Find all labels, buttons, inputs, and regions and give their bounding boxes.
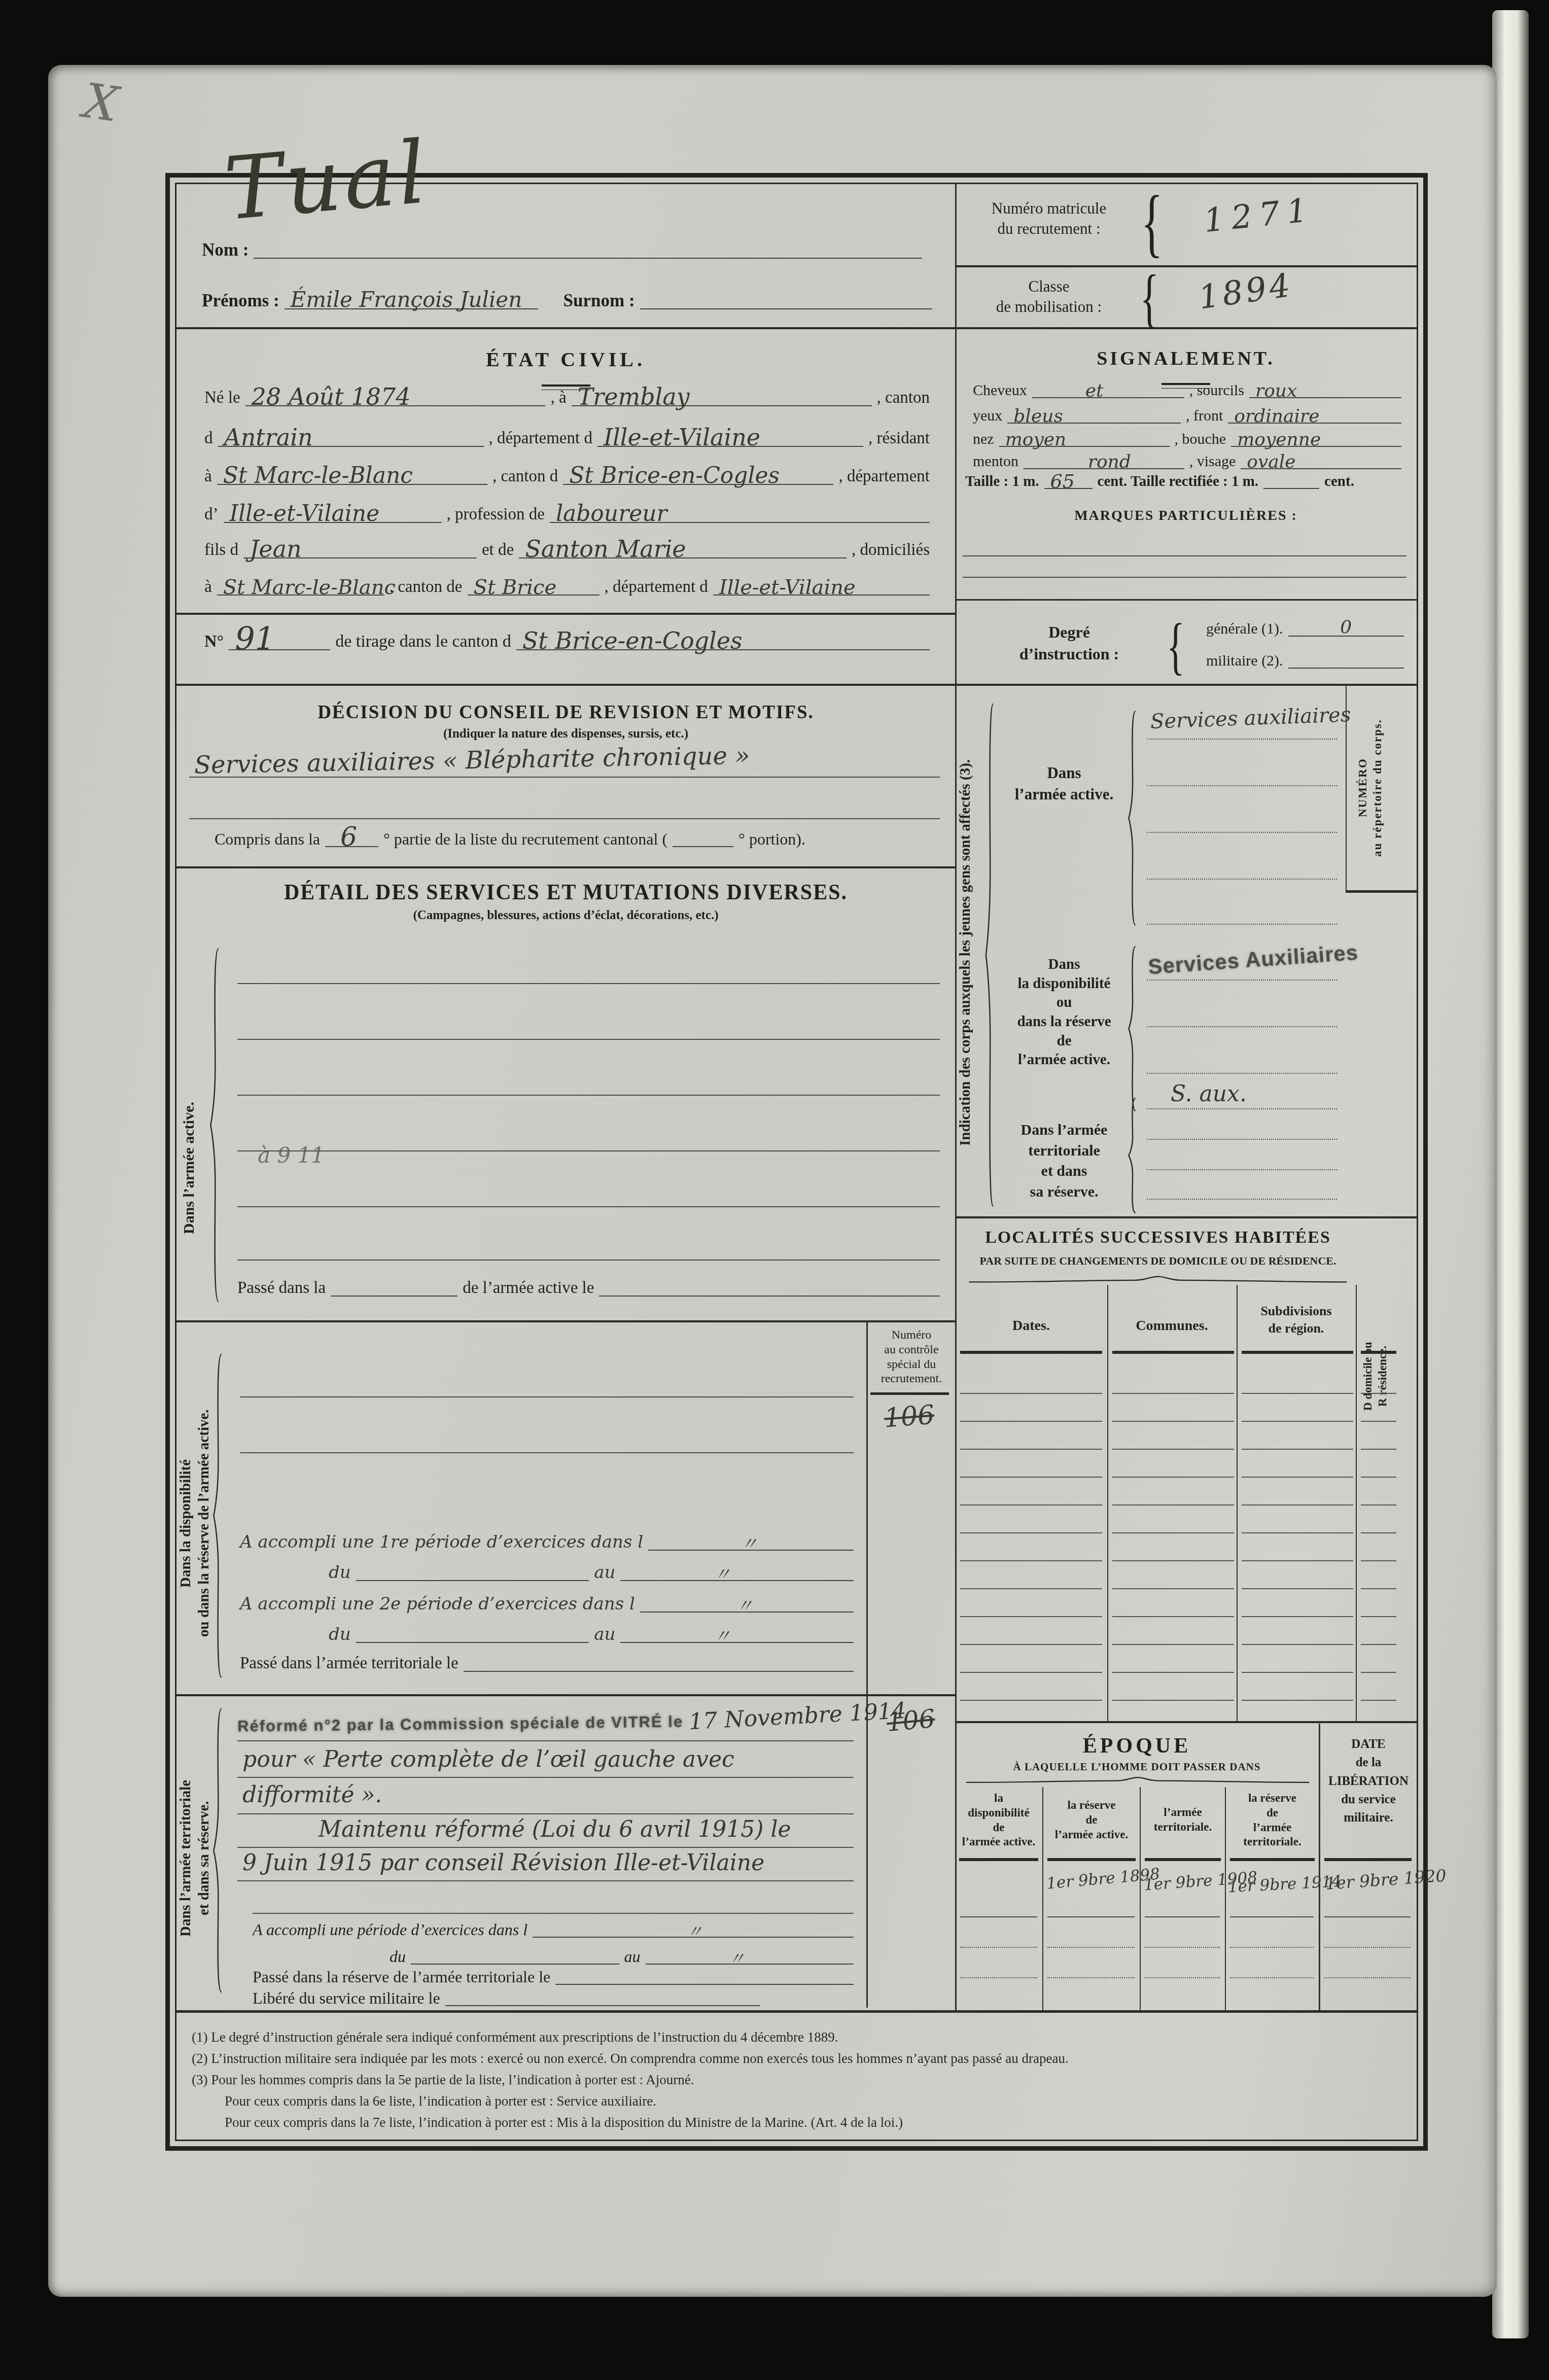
decision-line-2 bbox=[189, 818, 940, 819]
periode-terr-line: 〃 bbox=[533, 1933, 854, 1938]
band-active-line bbox=[237, 1259, 940, 1261]
du-line bbox=[411, 1959, 619, 1965]
sig-label: menton bbox=[973, 454, 1018, 469]
name-signature: Tual bbox=[221, 122, 433, 240]
localites-col-border-1 bbox=[1107, 1285, 1108, 1721]
sig-line: ordinaire bbox=[1228, 418, 1401, 424]
localites-col3-header: Subdivisions de région. bbox=[1239, 1303, 1353, 1337]
sig-row-3: nez moyen , bouche moyenne bbox=[973, 432, 1401, 447]
corps-dispo-stamp: Services Auxiliaires bbox=[1147, 940, 1359, 979]
ec-value: Ille-et-Vilaine bbox=[604, 426, 760, 449]
controle-number-struck: 106 bbox=[883, 1400, 935, 1434]
ec-label: , canton bbox=[877, 390, 930, 406]
ec-row-2: d Antrain , département d Ille-et-Vilain… bbox=[204, 430, 930, 447]
ditto-mark: 〃 bbox=[729, 1950, 745, 1967]
corps-dispo-label: Dans la disponibilité ou dans la réserve… bbox=[1003, 955, 1125, 1070]
epoque-value-reserve-active: 1er 9bre 1898 bbox=[1046, 1867, 1138, 1893]
taille-row: Taille : 1 m. 65 cent. Taille rectifiée … bbox=[965, 474, 1409, 489]
ec-value: St Marc-le-Blanc bbox=[223, 465, 413, 487]
band-terr-brace bbox=[211, 1706, 224, 1995]
du-label: du bbox=[390, 1948, 406, 1965]
controle-header-rule bbox=[870, 1392, 949, 1395]
ec-line: Antrain bbox=[218, 442, 484, 447]
classe-brace: { bbox=[1140, 260, 1158, 336]
epoque-empty-line bbox=[1145, 1947, 1220, 1948]
band-terr-label: Dans l’armée territoriale et dans sa rés… bbox=[177, 1726, 214, 1990]
corps-active-label: Dans l’armée active. bbox=[1003, 762, 1125, 805]
du-line bbox=[356, 1638, 589, 1643]
corps-terr-line bbox=[1147, 1169, 1337, 1170]
sig-line: ovale bbox=[1241, 464, 1401, 469]
classe-label: Classe de mobilisation : bbox=[965, 276, 1133, 318]
ditto-mark: 〃 bbox=[741, 1535, 758, 1553]
du-line bbox=[356, 1576, 589, 1581]
epoque-empty-line bbox=[1230, 1947, 1314, 1948]
localites-header-rule bbox=[1242, 1351, 1353, 1354]
reforme-stamp: Réformé n°2 par la Commission spéciale d… bbox=[237, 1712, 683, 1735]
passe-active-row: Passé dans la de l’armée active le bbox=[237, 1280, 940, 1297]
rule-localites-bottom bbox=[955, 1721, 1417, 1723]
du-label: du bbox=[329, 1626, 351, 1643]
prenoms-value: Émile François Julien bbox=[291, 289, 522, 310]
epoque-empty-line bbox=[960, 1947, 1037, 1948]
epoque-value-line bbox=[1145, 1916, 1220, 1917]
corps-active-line bbox=[1147, 879, 1337, 880]
taille-line-1: 65 bbox=[1044, 484, 1093, 489]
epoque-header-rule bbox=[1047, 1858, 1136, 1861]
maintenu-line-1: Maintenu réformé (Loi du 6 avril 1915) l… bbox=[319, 1816, 791, 1842]
degre-brace: { bbox=[1167, 610, 1185, 683]
marques-label: MARQUES PARTICULIÈRES : bbox=[955, 508, 1417, 524]
ec-line: St Marc-le-Blanc bbox=[217, 480, 487, 485]
ec-value: Ille-et-Vilaine bbox=[719, 577, 856, 598]
form-frame: Tual Nom : Prénoms : Émile François Juli… bbox=[175, 183, 1418, 2141]
controle-header: Numéro au contrôle spécial du recrutemen… bbox=[870, 1328, 953, 1386]
reforme-number-struck: 106 bbox=[886, 1704, 936, 1737]
rule-notes-top bbox=[177, 2010, 1417, 2013]
epoque-col3-header: l’armée territoriale. bbox=[1141, 1805, 1225, 1835]
du-label: du bbox=[329, 1564, 351, 1581]
matricule-value: 1271 bbox=[1202, 191, 1316, 240]
reforme-date: 17 Novembre 1914 bbox=[688, 1698, 907, 1735]
sig-value: bleus bbox=[1013, 407, 1063, 426]
au-line: 〃 bbox=[646, 1959, 854, 1965]
etat-civil-heading: ÉTAT CIVIL. bbox=[177, 347, 955, 371]
localites-rows-subdivisions bbox=[1242, 1366, 1353, 1701]
epoque-header-rule bbox=[959, 1858, 1038, 1861]
localites-rows-communes bbox=[1112, 1366, 1234, 1701]
ec-label: , canton d bbox=[492, 468, 558, 485]
matricule-label: Numéro matricule du recrutement : bbox=[965, 198, 1133, 239]
taille-label-2: cent. Taille rectifiée : 1 m. bbox=[1098, 474, 1259, 489]
localites-header-rule bbox=[1361, 1351, 1396, 1354]
reforme-line bbox=[237, 1740, 854, 1741]
degre-militaire-row: militaire (2). bbox=[1206, 653, 1404, 669]
degre-militaire-line bbox=[1288, 663, 1404, 669]
periode2-dates-row: du au 〃 bbox=[329, 1626, 854, 1643]
passe-terr-line bbox=[464, 1667, 854, 1672]
ec-line: St Brice-en-Cogles bbox=[563, 480, 833, 485]
sig-label: , visage bbox=[1189, 454, 1236, 469]
surnom-label: Surnom : bbox=[564, 292, 635, 309]
corps-dispo-line bbox=[1147, 1073, 1337, 1074]
corps-terr-line bbox=[1147, 1139, 1337, 1140]
ditto-mark: 〃 bbox=[687, 1923, 703, 1940]
next-page-edge bbox=[1492, 10, 1529, 2338]
periode2-label: A accompli une 2e période d’exercices da… bbox=[240, 1595, 635, 1613]
detail-sub: (Campagnes, blessures, actions d’éclat, … bbox=[177, 908, 955, 923]
periode1-line: 〃 bbox=[648, 1546, 854, 1551]
motif-rule-1 bbox=[237, 1777, 854, 1778]
ec-line: 28 Août 1874 bbox=[245, 401, 546, 406]
ec-line: St Brice bbox=[468, 590, 600, 596]
rule-etatcivil-bottom bbox=[177, 613, 955, 615]
repertoire-bottom-tick bbox=[1346, 890, 1417, 893]
motif-line-2: difformité ». bbox=[242, 1782, 382, 1808]
corps-active-line bbox=[1147, 785, 1337, 786]
sig-row-2: yeux bleus , front ordinaire bbox=[973, 408, 1401, 424]
motif-rule-2 bbox=[237, 1813, 854, 1814]
ec-row-5: fils d Jean et de Santon Marie , domicil… bbox=[204, 542, 930, 558]
ec-value: St Marc-le-Blanc bbox=[223, 577, 396, 598]
ec-value: St Brice-en-Cogles bbox=[569, 465, 780, 487]
ec-value: St Brice bbox=[474, 577, 557, 598]
epoque-value-line bbox=[1047, 1916, 1135, 1917]
ec-label: , département d bbox=[489, 430, 592, 447]
band-active-note: à 9 11 bbox=[258, 1143, 325, 1168]
compris-line-1: 6 bbox=[325, 842, 378, 847]
epoque-value-reserve-terr: 1er 9bre 1914 bbox=[1227, 1873, 1317, 1896]
ec-label: , profession de bbox=[447, 506, 545, 523]
periode-terr-dates-row: du au 〃 bbox=[390, 1948, 854, 1965]
epoque-date-border bbox=[1319, 1724, 1320, 2010]
compris-value: 6 bbox=[340, 824, 357, 850]
sig-label: , front bbox=[1186, 408, 1223, 424]
localites-col2-header: Communes. bbox=[1110, 1318, 1234, 1334]
au-label: au bbox=[624, 1948, 641, 1965]
passe-terr-label: Passé dans l’armée territoriale le bbox=[240, 1655, 459, 1672]
sig-value: rond bbox=[1088, 453, 1131, 471]
ec-label: Né le bbox=[204, 390, 240, 406]
epoque-empty-line bbox=[1047, 1977, 1135, 1978]
compris-line-2 bbox=[673, 842, 733, 847]
libere-label: Libéré du service militaire le bbox=[253, 1990, 440, 2006]
ditto-mark: 〃 bbox=[714, 1628, 731, 1645]
marques-line-2 bbox=[963, 577, 1406, 578]
epoque-value-liberation: 1er 9bre 1920 bbox=[1325, 1868, 1415, 1894]
band-active-label: Dans l’armée active. bbox=[180, 1026, 199, 1310]
rule-decision-bottom bbox=[177, 866, 955, 868]
ec-label: , département d bbox=[605, 579, 708, 596]
tirage-canton-line: St Brice-en-Cogles bbox=[516, 645, 930, 650]
ec-label: , département bbox=[838, 468, 930, 485]
epoque-header-rule bbox=[1324, 1858, 1412, 1861]
corps-active-line bbox=[1147, 832, 1337, 833]
corps-terr-value: S. aux. bbox=[1171, 1081, 1247, 1107]
libere-line bbox=[445, 2001, 760, 2006]
ec-label: fils d bbox=[204, 542, 238, 558]
epoque-date-header: DATE de la LIBÉRATION du service militai… bbox=[1320, 1735, 1417, 1827]
corps-terr-brace bbox=[1126, 1097, 1138, 1214]
epoque-heading: ÉPOQUE bbox=[955, 1734, 1319, 1758]
periode-terr-row: A accompli une période d’exercices dans … bbox=[253, 1921, 854, 1938]
rule-band1-bottom bbox=[177, 1320, 955, 1322]
corps-terr-line bbox=[1147, 1199, 1337, 1200]
detail-heading: DÉTAIL DES SERVICES ET MUTATIONS DIVERSE… bbox=[177, 880, 955, 905]
ec-value: 28 Août 1874 bbox=[252, 385, 411, 408]
ec-label: , canton de bbox=[390, 579, 463, 596]
compris-label-2: ° partie de la liste du recrutement cant… bbox=[383, 831, 667, 847]
maintenu-line-2: 9 Juin 1915 par conseil Révision Ille-et… bbox=[242, 1850, 764, 1876]
epoque-col2-header: la réserve de l’armée active. bbox=[1043, 1798, 1140, 1842]
ec-value: Jean bbox=[250, 537, 302, 561]
compris-row: Compris dans la 6 ° partie de la liste d… bbox=[215, 831, 914, 847]
sig-line: roux bbox=[1249, 393, 1401, 398]
periode2-line: 〃 bbox=[640, 1607, 854, 1613]
ec-label: , domiciliés bbox=[852, 542, 930, 558]
rule-corps-bottom bbox=[955, 1216, 1417, 1218]
epoque-empty-line bbox=[1145, 1977, 1220, 1978]
passe-reserve-terr-label: Passé dans la réserve de l’armée territo… bbox=[253, 1969, 550, 1985]
band-dispo-line bbox=[240, 1452, 854, 1453]
ec-line: Jean bbox=[243, 553, 477, 558]
ec-value: Santon Marie bbox=[525, 537, 686, 561]
compris-label-3: ° portion). bbox=[738, 831, 805, 847]
epoque-ornament bbox=[963, 1776, 1313, 1784]
epoque-col1-header: la disponibilité de l’armée active. bbox=[955, 1791, 1042, 1849]
passe-active-line-1 bbox=[331, 1291, 457, 1297]
ditto-mark: 〃 bbox=[714, 1566, 731, 1583]
degre-generale-row: générale (1). 0 bbox=[1206, 621, 1404, 637]
band-active-line bbox=[237, 1150, 940, 1151]
sig-value: moyenne bbox=[1237, 431, 1321, 449]
localites-ornament bbox=[965, 1275, 1351, 1284]
localites-header-rule bbox=[1112, 1351, 1234, 1354]
tirage-no-value: 91 bbox=[235, 623, 275, 654]
taille-line-2 bbox=[1263, 484, 1319, 489]
signalement-heading: SIGNALEMENT. bbox=[955, 347, 1417, 370]
passe-reserve-terr-row: Passé dans la réserve de l’armée territo… bbox=[253, 1969, 854, 1985]
ec-line: St Marc-le-Blanc bbox=[217, 590, 384, 596]
marques-line-1 bbox=[963, 555, 1406, 556]
passe-terr-row: Passé dans l’armée territoriale le bbox=[240, 1655, 854, 1672]
tirage-text: de tirage dans le canton d bbox=[335, 633, 511, 650]
prenoms-row: Prénoms : Émile François Julien Surnom : bbox=[202, 292, 932, 309]
corps-terr-label: Dans l’armée territoriale et dans sa rés… bbox=[1003, 1120, 1125, 1202]
localites-sub: PAR SUITE DE CHANGEMENTS DE DOMICILE OU … bbox=[955, 1254, 1361, 1268]
ec-label: à bbox=[204, 579, 212, 596]
sig-value: ordinaire bbox=[1234, 407, 1319, 426]
matricule-brace: { bbox=[1141, 179, 1163, 266]
passe-active-label-2: de l’armée active le bbox=[463, 1280, 594, 1297]
controle-column-border bbox=[866, 1320, 868, 2008]
au-line: 〃 bbox=[620, 1638, 854, 1643]
epoque-empty-line bbox=[960, 1977, 1037, 1978]
ec-row-4: d’ Ille-et-Vilaine , profession de labou… bbox=[204, 506, 930, 523]
ec-label: d bbox=[204, 430, 213, 447]
sig-row-1: Cheveux et , sourcils roux bbox=[973, 383, 1401, 398]
band-active-line bbox=[237, 983, 940, 984]
maintenu-rule-2 bbox=[237, 1880, 854, 1881]
corps-dispo-brace bbox=[1126, 945, 1138, 1112]
au-line: 〃 bbox=[620, 1576, 854, 1581]
degre-generale-label: générale (1). bbox=[1206, 621, 1283, 637]
tirage-canton-value: St Brice-en-Cogles bbox=[522, 629, 743, 652]
au-label: au bbox=[594, 1626, 615, 1643]
ec-label: d’ bbox=[204, 506, 219, 523]
epoque-value-line bbox=[1230, 1916, 1314, 1917]
passe-active-label-1: Passé dans la bbox=[237, 1280, 326, 1297]
note-1: (1) Le degré d’instruction générale sera… bbox=[192, 2029, 838, 2045]
ec-row-1: Né le 28 Août 1874 , à Tremblay , canton bbox=[204, 390, 930, 406]
ec-row-3: à St Marc-le-Blanc , canton d St Brice-e… bbox=[204, 468, 930, 485]
epoque-col4-header: la réserve de l’armée territoriale. bbox=[1226, 1791, 1319, 1849]
note-4: Pour ceux compris dans la 6e liste, l’in… bbox=[225, 2093, 656, 2109]
decision-sub: (Indiquer la nature des dispenses, sursi… bbox=[177, 727, 955, 741]
band-terr-blank-line bbox=[253, 1913, 854, 1914]
ec-label: à bbox=[204, 468, 212, 485]
localites-header-rule bbox=[960, 1351, 1102, 1354]
prenoms-line: Émile François Julien bbox=[285, 304, 538, 309]
ditto-mark: 〃 bbox=[736, 1597, 753, 1615]
sig-label: , sourcils bbox=[1189, 383, 1244, 398]
decision-value: Services auxiliaires « Blépharite chroni… bbox=[194, 741, 750, 779]
epoque-value-line bbox=[1324, 1916, 1411, 1917]
tirage-row: N° 91 de tirage dans le canton d St Bric… bbox=[204, 633, 930, 650]
ec-label: , résidant bbox=[868, 430, 930, 447]
corps-brace bbox=[983, 699, 996, 1211]
sig-line: bleus bbox=[1007, 418, 1181, 424]
localites-col-border-2 bbox=[1237, 1285, 1238, 1721]
sig-value: roux bbox=[1255, 382, 1297, 400]
ec-line: Santon Marie bbox=[519, 553, 847, 558]
compris-label-1: Compris dans la bbox=[215, 831, 320, 847]
classe-value: 1894 bbox=[1196, 266, 1295, 317]
band-dispo-line bbox=[240, 1396, 854, 1397]
marques-rule bbox=[955, 599, 1417, 601]
epoque-empty-line bbox=[1230, 1977, 1314, 1978]
tirage-no-label: N° bbox=[204, 633, 224, 650]
epoque-value-line bbox=[960, 1916, 1037, 1917]
motif-line-1: pour « Perte complète de l’œil gauche av… bbox=[242, 1746, 734, 1772]
ec-line: Ille-et-Vilaine bbox=[224, 518, 442, 523]
corps-dispo-line bbox=[1147, 979, 1337, 981]
ec-line: Tremblay bbox=[572, 401, 872, 406]
taille-label-1: Taille : 1 m. bbox=[965, 474, 1039, 489]
corps-dispo-line bbox=[1147, 1026, 1337, 1027]
sig-label: nez bbox=[973, 432, 994, 447]
ec-label: et de bbox=[482, 542, 514, 558]
band-active-line bbox=[237, 1039, 940, 1040]
corps-active-line bbox=[1147, 739, 1337, 740]
ec-line: laboureur bbox=[550, 518, 930, 523]
corps-active-line bbox=[1147, 924, 1337, 925]
ec-line: Ille-et-Vilaine bbox=[597, 442, 863, 447]
au-label: au bbox=[594, 1564, 615, 1581]
epoque-empty-line bbox=[1324, 1947, 1411, 1948]
ec-value: Tremblay bbox=[578, 385, 690, 408]
sig-line: et bbox=[1032, 393, 1184, 398]
localites-heading: LOCALITÉS SUCCESSIVES HABITÉES bbox=[955, 1228, 1361, 1247]
periode1-dates-row: du au 〃 bbox=[329, 1564, 854, 1581]
epoque-header-rule bbox=[1145, 1858, 1221, 1861]
degre-label: Degré d’instruction : bbox=[985, 621, 1153, 665]
epoque-empty-line bbox=[1324, 1977, 1411, 1978]
sig-label: , bouche bbox=[1175, 432, 1226, 447]
epoque-header-rule bbox=[1230, 1858, 1315, 1861]
note-3: (3) Pour les hommes compris dans la 5e p… bbox=[192, 2072, 694, 2088]
periode1-label: A accompli une 1re période d’exercices d… bbox=[240, 1533, 643, 1551]
degre-militaire-label: militaire (2). bbox=[1206, 653, 1283, 669]
repertoire-header: NUMÉRO au répertoire du corps. bbox=[1356, 696, 1412, 879]
sig-line: moyenne bbox=[1231, 442, 1401, 447]
corps-terr-line bbox=[1147, 1108, 1337, 1109]
decision-heading: DÉCISION DU CONSEIL DE REVISION ET MOTIF… bbox=[177, 702, 955, 723]
localites-col-border-3 bbox=[1356, 1285, 1357, 1721]
periode1-row: A accompli une 1re période d’exercices d… bbox=[240, 1533, 854, 1551]
localites-rows-dr bbox=[1361, 1366, 1396, 1701]
localites-rows-dates bbox=[960, 1366, 1102, 1701]
degre-generale-value: 0 bbox=[1340, 618, 1352, 637]
ec-value: laboureur bbox=[556, 503, 667, 525]
nom-line bbox=[254, 254, 922, 259]
band-dispo-label: Dans la disponibilité ou dans la réserve… bbox=[177, 1366, 214, 1681]
passe-reserve-terr-line bbox=[555, 1980, 854, 1985]
ec-label: , à bbox=[550, 390, 566, 406]
band-active-brace bbox=[208, 945, 221, 1305]
prenoms-label: Prénoms : bbox=[202, 292, 279, 309]
sig-value: et bbox=[1085, 382, 1104, 400]
sig-line: moyen bbox=[999, 442, 1170, 447]
degre-generale-line: 0 bbox=[1288, 632, 1404, 637]
periode-terr-label: A accompli une période d’exercices dans … bbox=[253, 1921, 527, 1938]
taille-label-3: cent. bbox=[1324, 474, 1354, 489]
maintenu-rule-1 bbox=[237, 1847, 854, 1848]
nom-row: Nom : bbox=[202, 241, 922, 259]
band-active-line bbox=[237, 1206, 940, 1207]
corps-active-value: Services auxiliaires bbox=[1150, 703, 1351, 733]
band-active-line bbox=[237, 1095, 940, 1096]
sig-line: rond bbox=[1024, 464, 1184, 469]
ec-row-6: à St Marc-le-Blanc , canton de St Brice … bbox=[204, 579, 930, 596]
rule-band2-bottom bbox=[177, 1694, 955, 1696]
sig-label: Cheveux bbox=[973, 383, 1027, 398]
band-dispo-brace bbox=[211, 1351, 224, 1681]
tirage-no-line: 91 bbox=[229, 645, 330, 650]
register-sheet: X Tual Nom : Prénoms : Émile François Ju… bbox=[48, 65, 1497, 2297]
nom-label: Nom : bbox=[202, 241, 249, 259]
libere-row: Libéré du service militaire le bbox=[253, 1990, 760, 2006]
note-5: Pour ceux compris dans la 7e liste, l’in… bbox=[225, 2115, 903, 2130]
ec-value: Ille-et-Vilaine bbox=[230, 503, 380, 525]
epoque-empty-line bbox=[1047, 1947, 1135, 1948]
corner-pencil-mark: X bbox=[80, 73, 122, 133]
corps-active-brace bbox=[1126, 709, 1138, 927]
sig-value: moyen bbox=[1005, 431, 1067, 449]
ec-value: Antrain bbox=[224, 426, 313, 449]
localites-col1-header: Dates. bbox=[960, 1318, 1102, 1334]
surnom-line bbox=[640, 304, 932, 309]
right-column: Numéro matricule du recrutement : { 1271… bbox=[955, 184, 1417, 2010]
periode2-row: A accompli une 2e période d’exercices da… bbox=[240, 1595, 854, 1613]
ec-line: Ille-et-Vilaine bbox=[713, 590, 930, 596]
note-2: (2) L’instruction militaire sera indiqué… bbox=[192, 2051, 1069, 2067]
sig-value: ovale bbox=[1247, 453, 1295, 471]
sig-row-4: menton rond , visage ovale bbox=[973, 454, 1401, 469]
sig-label: yeux bbox=[973, 408, 1002, 424]
taille-value: 65 bbox=[1050, 472, 1075, 491]
passe-active-line-2 bbox=[599, 1291, 940, 1297]
